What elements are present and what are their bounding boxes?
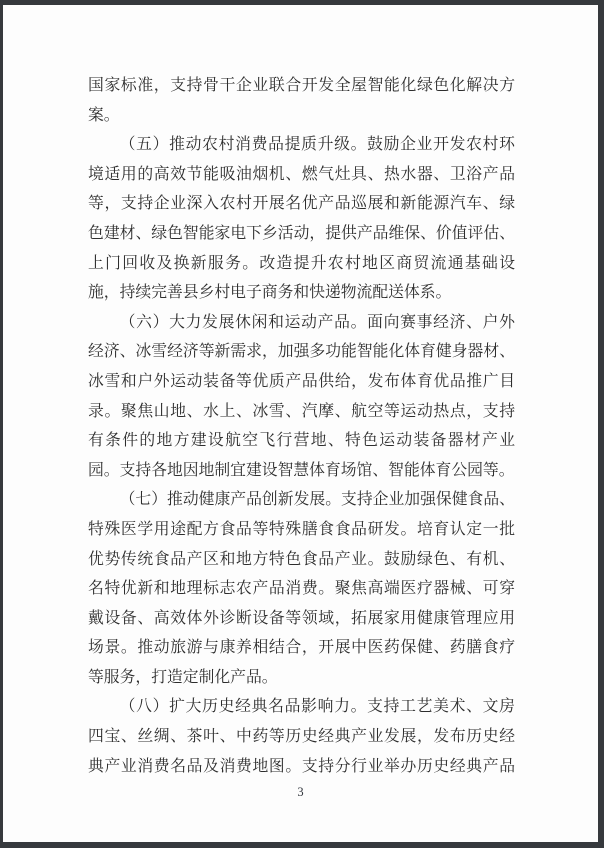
document-page: 国家标准，支持骨干企业联合开发全屋智能化绿色化解决方案。（五）推动农村消费品提质… [3, 5, 598, 842]
viewer-background: { "colors": { "frame": "#36393d", "paper… [0, 0, 604, 848]
text-line: 四宝、丝绸、茶叶、中药等历史经典产业发展，发布历史经 [88, 722, 515, 752]
text-line: 园。支持各地因地制宜建设智慧体育场馆、智能体育公园等。 [88, 456, 515, 486]
page-number: 3 [3, 785, 598, 800]
text-line: 国家标准，支持骨干企业联合开发全屋智能化绿色化解决方 [88, 71, 515, 101]
text-line: （八）扩大历史经典名品影响力。支持工艺美术、文房 [88, 692, 515, 722]
text-line: 录。聚焦山地、水上、冰雪、汽摩、航空等运动热点，支持 [88, 397, 515, 427]
text-line: 经济、冰雪经济等新需求，加强多功能智能化体育健身器材、 [88, 337, 515, 367]
paragraph-heading: （五）推动农村消费品提质升级。 [120, 136, 368, 153]
text-line: 境适用的高效节能吸油烟机、燃气灶具、热水器、卫浴产品 [88, 160, 515, 190]
document-body: 国家标准，支持骨干企业联合开发全屋智能化绿色化解决方案。（五）推动农村消费品提质… [88, 71, 515, 781]
paragraph-heading: （八）扩大历史经典名品影响力。 [120, 698, 368, 715]
text-line: 名特优新和地理标志农产品消费。聚焦高端医疗器械、可穿 [88, 574, 515, 604]
text-line: 戴设备、高效体外诊断设备等领域，拓展家用健康管理应用 [88, 604, 515, 634]
paragraph-heading: （七）推动健康产品创新发展。 [120, 491, 341, 508]
text-line: 优势传统食品产区和地方特色食品产业。鼓励绿色、有机、 [88, 545, 515, 575]
text-line: （五）推动农村消费品提质升级。鼓励企业开发农村环 [88, 130, 515, 160]
text-line: 色建材、绿色智能家电下乡活动，提供产品维保、价值评估、 [88, 219, 515, 249]
text-line: 案。 [88, 101, 515, 131]
text-line: 典产业消费名品及消费地图。支持分行业举办历史经典产品 [88, 752, 515, 782]
paragraph-heading: （六）大力发展休闲和运动产品。 [120, 314, 368, 331]
text-line: 冰雪和户外运动装备等优质产品供给，发布体育优品推广目 [88, 367, 515, 397]
text-line: 上门回收及换新服务。改造提升农村地区商贸流通基础设 [88, 249, 515, 279]
text-line: 施，持续完善县乡村电子商务和快递物流配送体系。 [88, 278, 515, 308]
text-line: 等，支持企业深入农村开展名优产品巡展和新能源汽车、绿 [88, 189, 515, 219]
text-line: 有条件的地方建设航空飞行营地、特色运动装备器材产业 [88, 426, 515, 456]
text-line: （七）推动健康产品创新发展。支持企业加强保健食品、 [88, 485, 515, 515]
text-line: 等服务，打造定制化产品。 [88, 663, 515, 693]
text-line: （六）大力发展休闲和运动产品。面向赛事经济、户外 [88, 308, 515, 338]
text-line: 特殊医学用途配方食品等特殊膳食食品研发。培育认定一批 [88, 515, 515, 545]
text-line: 场景。推动旅游与康养相结合，开展中医药保健、药膳食疗 [88, 633, 515, 663]
